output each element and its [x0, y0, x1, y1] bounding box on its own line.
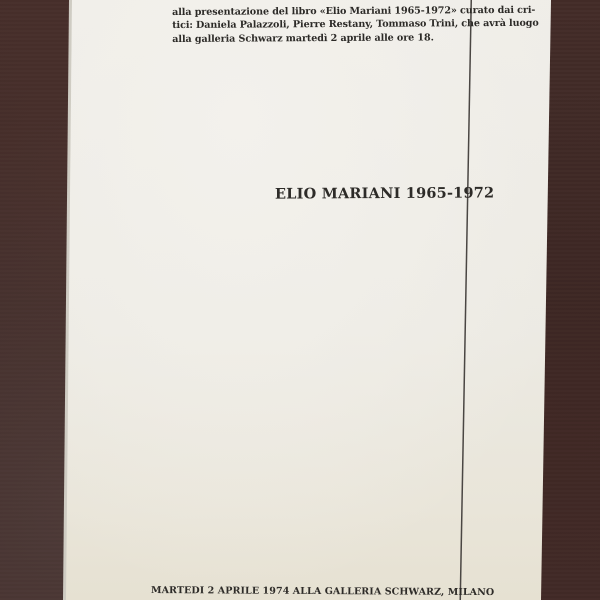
- event-date-location: MARTEDI 2 APRILE 1974 ALLA GALLERIA SCHW…: [151, 585, 494, 598]
- invitation-text: alla presentazione del libro «Elio Maria…: [172, 0, 462, 46]
- invitation-line: alla galleria Schwarz martedì 2 aprile a…: [172, 31, 462, 46]
- invitation-paper: [0, 0, 600, 600]
- book-title: ELIO MARIANI 1965-1972: [275, 184, 494, 202]
- invitation-line: tici: Daniela Palazzoli, Pierre Restany,…: [172, 18, 462, 33]
